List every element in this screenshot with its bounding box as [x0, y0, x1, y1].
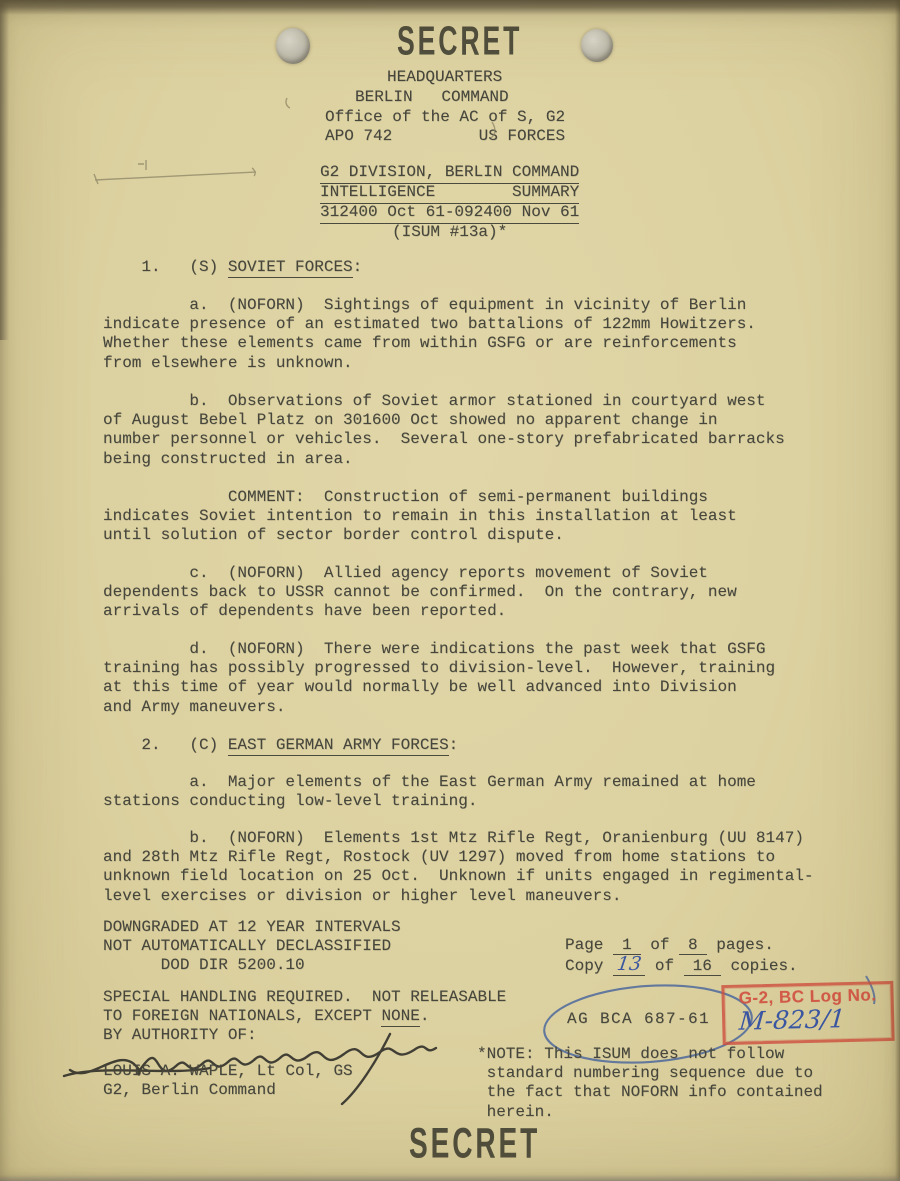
punch-hole-right — [581, 29, 613, 62]
section1-paragraph-d: d. (NOFORN) There were indications the p… — [103, 640, 775, 717]
special-handling-period: . — [420, 1007, 430, 1025]
downgrade-notice: DOWNGRADED AT 12 YEAR INTERVALS NOT AUTO… — [103, 918, 401, 976]
section2-colon: : — [449, 736, 459, 754]
section1-paragraph-a: a. (NOFORN) Sightings of equipment in vi… — [103, 296, 756, 373]
title-division: G2 DIVISION, BERLIN COMMAND — [320, 163, 579, 184]
copy-number-handwritten: 13 — [616, 955, 643, 974]
scan-edge-top — [0, 0, 900, 15]
log-number-stamp: G-2, BC Log No. M-823/1 — [721, 981, 894, 1045]
page-count-line: Page 1 of 8 pages. — [565, 936, 774, 955]
authority-label: BY AUTHORITY OF: — [103, 1026, 257, 1045]
section1-title: SOVIET FORCES — [228, 258, 353, 278]
special-handling-line2: TO FOREIGN NATIONALS, EXCEPT NONE. — [103, 1007, 429, 1026]
section2-paragraph-b: b. (NOFORN) Elements 1st Mtz Rifle Regt,… — [103, 829, 814, 906]
secret-stamp-bottom: SECRET — [409, 1120, 540, 1168]
letterhead-command: BERLIN COMMAND — [355, 88, 509, 107]
copy-label: Copy — [565, 957, 603, 975]
isum-note: *NOTE: This ISUM does not follow standar… — [477, 1045, 823, 1122]
section2-prefix: 2. (C) — [103, 736, 228, 754]
section2-heading: 2. (C) EAST GERMAN ARMY FORCES: — [103, 736, 458, 755]
special-handling-text: TO FOREIGN NATIONALS, EXCEPT — [103, 1007, 381, 1025]
page-label: Page — [565, 936, 603, 954]
special-handling-line1: SPECIAL HANDLING REQUIRED. NOT RELEASABL… — [103, 988, 506, 1007]
ag-reference: AG BCA 687-61 — [567, 1010, 710, 1029]
total-copies: 16 — [684, 957, 721, 976]
title-isum-number: (ISUM #13a)* — [392, 223, 507, 242]
letterhead-office: Office of the AC of S, G2 — [325, 108, 565, 127]
copy-number-underline: 13 — [613, 957, 645, 976]
scanned-document: SECRET SECRET HEADQUARTERS BERLIN COMMAN… — [0, 0, 900, 1181]
secret-stamp-top: SECRET — [397, 18, 522, 64]
log-number-handwritten: M-823/1 — [738, 1004, 846, 1036]
copy-of-label: of — [655, 957, 674, 975]
section1-paragraph-b: b. Observations of Soviet armor statione… — [103, 392, 785, 469]
punch-hole-left — [276, 28, 310, 64]
pages-label: pages. — [716, 936, 774, 954]
section1-prefix: 1. (S) — [103, 258, 228, 276]
title-intelligence-summary: INTELLIGENCE SUMMARY — [320, 183, 579, 204]
scan-edge-bottom — [0, 1175, 900, 1181]
section1-paragraph-c: c. (NOFORN) Allied agency reports moveme… — [103, 564, 737, 622]
letterhead-headquarters: HEADQUARTERS — [387, 68, 502, 87]
letterhead-apo: APO 742 US FORCES — [325, 127, 565, 146]
section1-colon: : — [353, 258, 363, 276]
scan-edge-right — [895, 0, 900, 1181]
section2-title: EAST GERMAN ARMY FORCES — [228, 736, 449, 756]
copy-count-line: Copy 13 of 16 copies. — [565, 955, 798, 976]
special-handling-none: NONE — [381, 1007, 419, 1027]
section1-comment: COMMENT: Construction of semi-permanent … — [103, 488, 737, 546]
signer-block: LOUIS A. WAPLE, Lt Col, GS G2, Berlin Co… — [103, 1062, 353, 1100]
title-date-range: 312400 Oct 61-092400 Nov 61 — [320, 203, 579, 224]
total-pages: 8 — [679, 936, 707, 955]
section2-paragraph-a: a. Major elements of the East German Arm… — [103, 773, 756, 811]
scan-edge-left — [0, 0, 9, 340]
section1-heading: 1. (S) SOVIET FORCES: — [103, 258, 362, 277]
copies-label: copies. — [730, 957, 797, 975]
page-of-label: of — [650, 936, 669, 954]
